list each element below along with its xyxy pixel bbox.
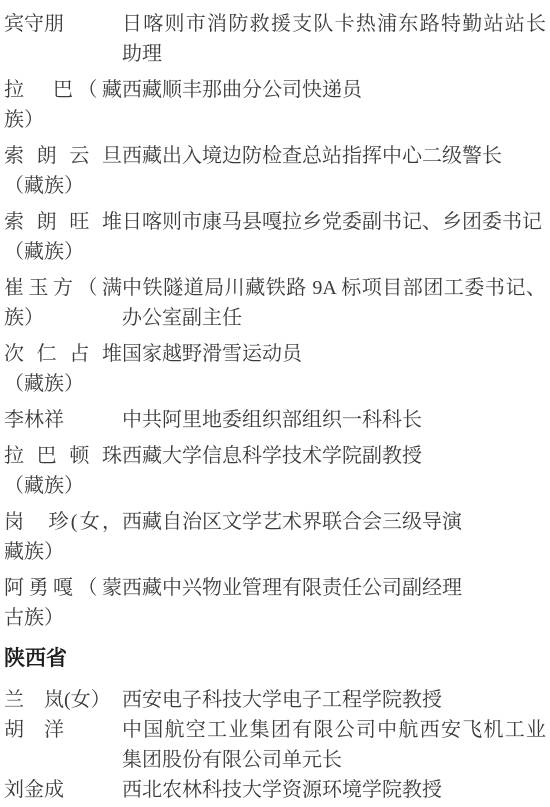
province-section-header: 陕西省 [4,644,546,674]
name-cell: 宾守朋 [4,9,122,39]
roster-entry: 刘金成西北农林科技大学资源环境学院教授 [4,775,546,805]
name-cell: 拉 巴（藏族） [4,75,122,135]
name-cell: 索朗旺堆（藏族） [4,207,122,267]
name-line: 索朗云旦 [4,141,122,171]
name-line: 宾守朋 [4,9,122,39]
position-line: 西安电子科技大学电子工程学院教授 [122,685,546,715]
position-cell: 西北农林科技大学资源环境学院教授 [122,775,546,805]
position-line: 西藏顺丰那曲分公司快递员 [122,75,546,105]
position-cell: 日喀则市康马县嘎拉乡党委副书记、乡团委书记 [122,207,546,237]
roster-entry: 次仁占堆（藏族）国家越野滑雪运动员 [4,339,546,399]
name-cell: 拉巴顿珠（藏族） [4,441,122,501]
position-cell: 国家越野滑雪运动员 [122,339,546,369]
position-cell: 中国航空工业集团有限公司中航西安飞机工业集团股份有限公司单元长 [122,715,546,775]
document-page: 宾守朋日喀则市消防救援支队卡热浦东路特勤站站长助理拉 巴（藏族）西藏顺丰那曲分公… [0,0,550,807]
name-line: 族） [4,105,122,135]
entry-group: 宾守朋日喀则市消防救援支队卡热浦东路特勤站站长助理拉 巴（藏族）西藏顺丰那曲分公… [4,9,546,633]
position-line: 中共阿里地委组织部组织一科科长 [122,405,546,435]
name-line: 崔玉方（满 [4,273,122,303]
name-line: 阿勇嘎（蒙 [4,573,122,603]
position-line: 日喀则市消防救援支队卡热浦东路特勤站站长 [122,9,546,39]
position-cell: 西藏顺丰那曲分公司快递员 [122,75,546,105]
roster-entry: 拉巴顿珠（藏族）西藏大学信息科学技术学院副教授 [4,441,546,501]
name-cell: 胡 洋 [4,715,122,745]
position-cell: 中铁隧道局川藏铁路 9A 标项目部团工委书记、办公室副主任 [122,273,546,333]
name-cell: 次仁占堆（藏族） [4,339,122,399]
position-line: 国家越野滑雪运动员 [122,339,546,369]
position-line: 西藏中兴物业管理有限责任公司副经理 [122,573,546,603]
position-line: 西藏自治区文学艺术界联合会三级导演 [122,507,546,537]
name-line: 岗 珍(女， [4,507,122,537]
position-cell: 西藏中兴物业管理有限责任公司副经理 [122,573,546,603]
name-cell: 崔玉方（满族） [4,273,122,333]
roster-entry: 索朗旺堆（藏族）日喀则市康马县嘎拉乡党委副书记、乡团委书记 [4,207,546,267]
name-cell: 岗 珍(女，藏族） [4,507,122,567]
roster-entry: 宾守朋日喀则市消防救援支队卡热浦东路特勤站站长助理 [4,9,546,69]
roster-entry: 岗 珍(女，藏族）西藏自治区文学艺术界联合会三级导演 [4,507,546,567]
position-cell: 西藏自治区文学艺术界联合会三级导演 [122,507,546,537]
entry-group: 兰 岚(女）西安电子科技大学电子工程学院教授胡 洋中国航空工业集团有限公司中航西… [4,685,546,805]
position-line: 西藏大学信息科学技术学院副教授 [122,441,546,471]
name-line: （藏族） [4,237,122,267]
name-cell: 李林祥 [4,405,122,435]
roster-entry: 兰 岚(女）西安电子科技大学电子工程学院教授 [4,685,546,715]
position-line: 助理 [122,39,546,69]
position-line: 办公室副主任 [122,303,546,333]
name-cell: 刘金成 [4,775,122,805]
name-line: 李林祥 [4,405,122,435]
name-line: 兰 岚(女） [4,685,122,715]
roster-entry: 李林祥中共阿里地委组织部组织一科科长 [4,405,546,435]
position-cell: 日喀则市消防救援支队卡热浦东路特勤站站长助理 [122,9,546,69]
position-cell: 西藏大学信息科学技术学院副教授 [122,441,546,471]
name-line: 藏族） [4,537,122,567]
name-line: 索朗旺堆 [4,207,122,237]
roster-entry: 拉 巴（藏族）西藏顺丰那曲分公司快递员 [4,75,546,135]
name-line: 拉巴顿珠 [4,441,122,471]
position-line: 中铁隧道局川藏铁路 9A 标项目部团工委书记、 [122,273,546,303]
position-cell: 中共阿里地委组织部组织一科科长 [122,405,546,435]
position-line: 西北农林科技大学资源环境学院教授 [122,775,546,805]
name-line: （藏族） [4,171,122,201]
name-cell: 索朗云旦（藏族） [4,141,122,201]
roster-entry: 阿勇嘎（蒙古族）西藏中兴物业管理有限责任公司副经理 [4,573,546,633]
name-cell: 阿勇嘎（蒙古族） [4,573,122,633]
position-line: 日喀则市康马县嘎拉乡党委副书记、乡团委书记 [122,207,546,237]
name-cell: 兰 岚(女） [4,685,122,715]
roster-entry: 崔玉方（满族）中铁隧道局川藏铁路 9A 标项目部团工委书记、办公室副主任 [4,273,546,333]
award-roster-list: 宾守朋日喀则市消防救援支队卡热浦东路特勤站站长助理拉 巴（藏族）西藏顺丰那曲分公… [4,9,546,805]
name-line: 次仁占堆 [4,339,122,369]
position-line: 集团股份有限公司单元长 [122,745,546,775]
position-line: 西藏出入境边防检查总站指挥中心二级警长 [122,141,546,171]
roster-entry: 胡 洋中国航空工业集团有限公司中航西安飞机工业集团股份有限公司单元长 [4,715,546,775]
name-line: 刘金成 [4,775,122,805]
position-line: 中国航空工业集团有限公司中航西安飞机工业 [122,715,546,745]
position-cell: 西安电子科技大学电子工程学院教授 [122,685,546,715]
position-cell: 西藏出入境边防检查总站指挥中心二级警长 [122,141,546,171]
name-line: 古族） [4,603,122,633]
name-line: （藏族） [4,369,122,399]
name-line: 族） [4,303,122,333]
name-line: 拉 巴（藏 [4,75,122,105]
name-line: 胡 洋 [4,715,122,745]
name-line: （藏族） [4,471,122,501]
roster-entry: 索朗云旦（藏族）西藏出入境边防检查总站指挥中心二级警长 [4,141,546,201]
